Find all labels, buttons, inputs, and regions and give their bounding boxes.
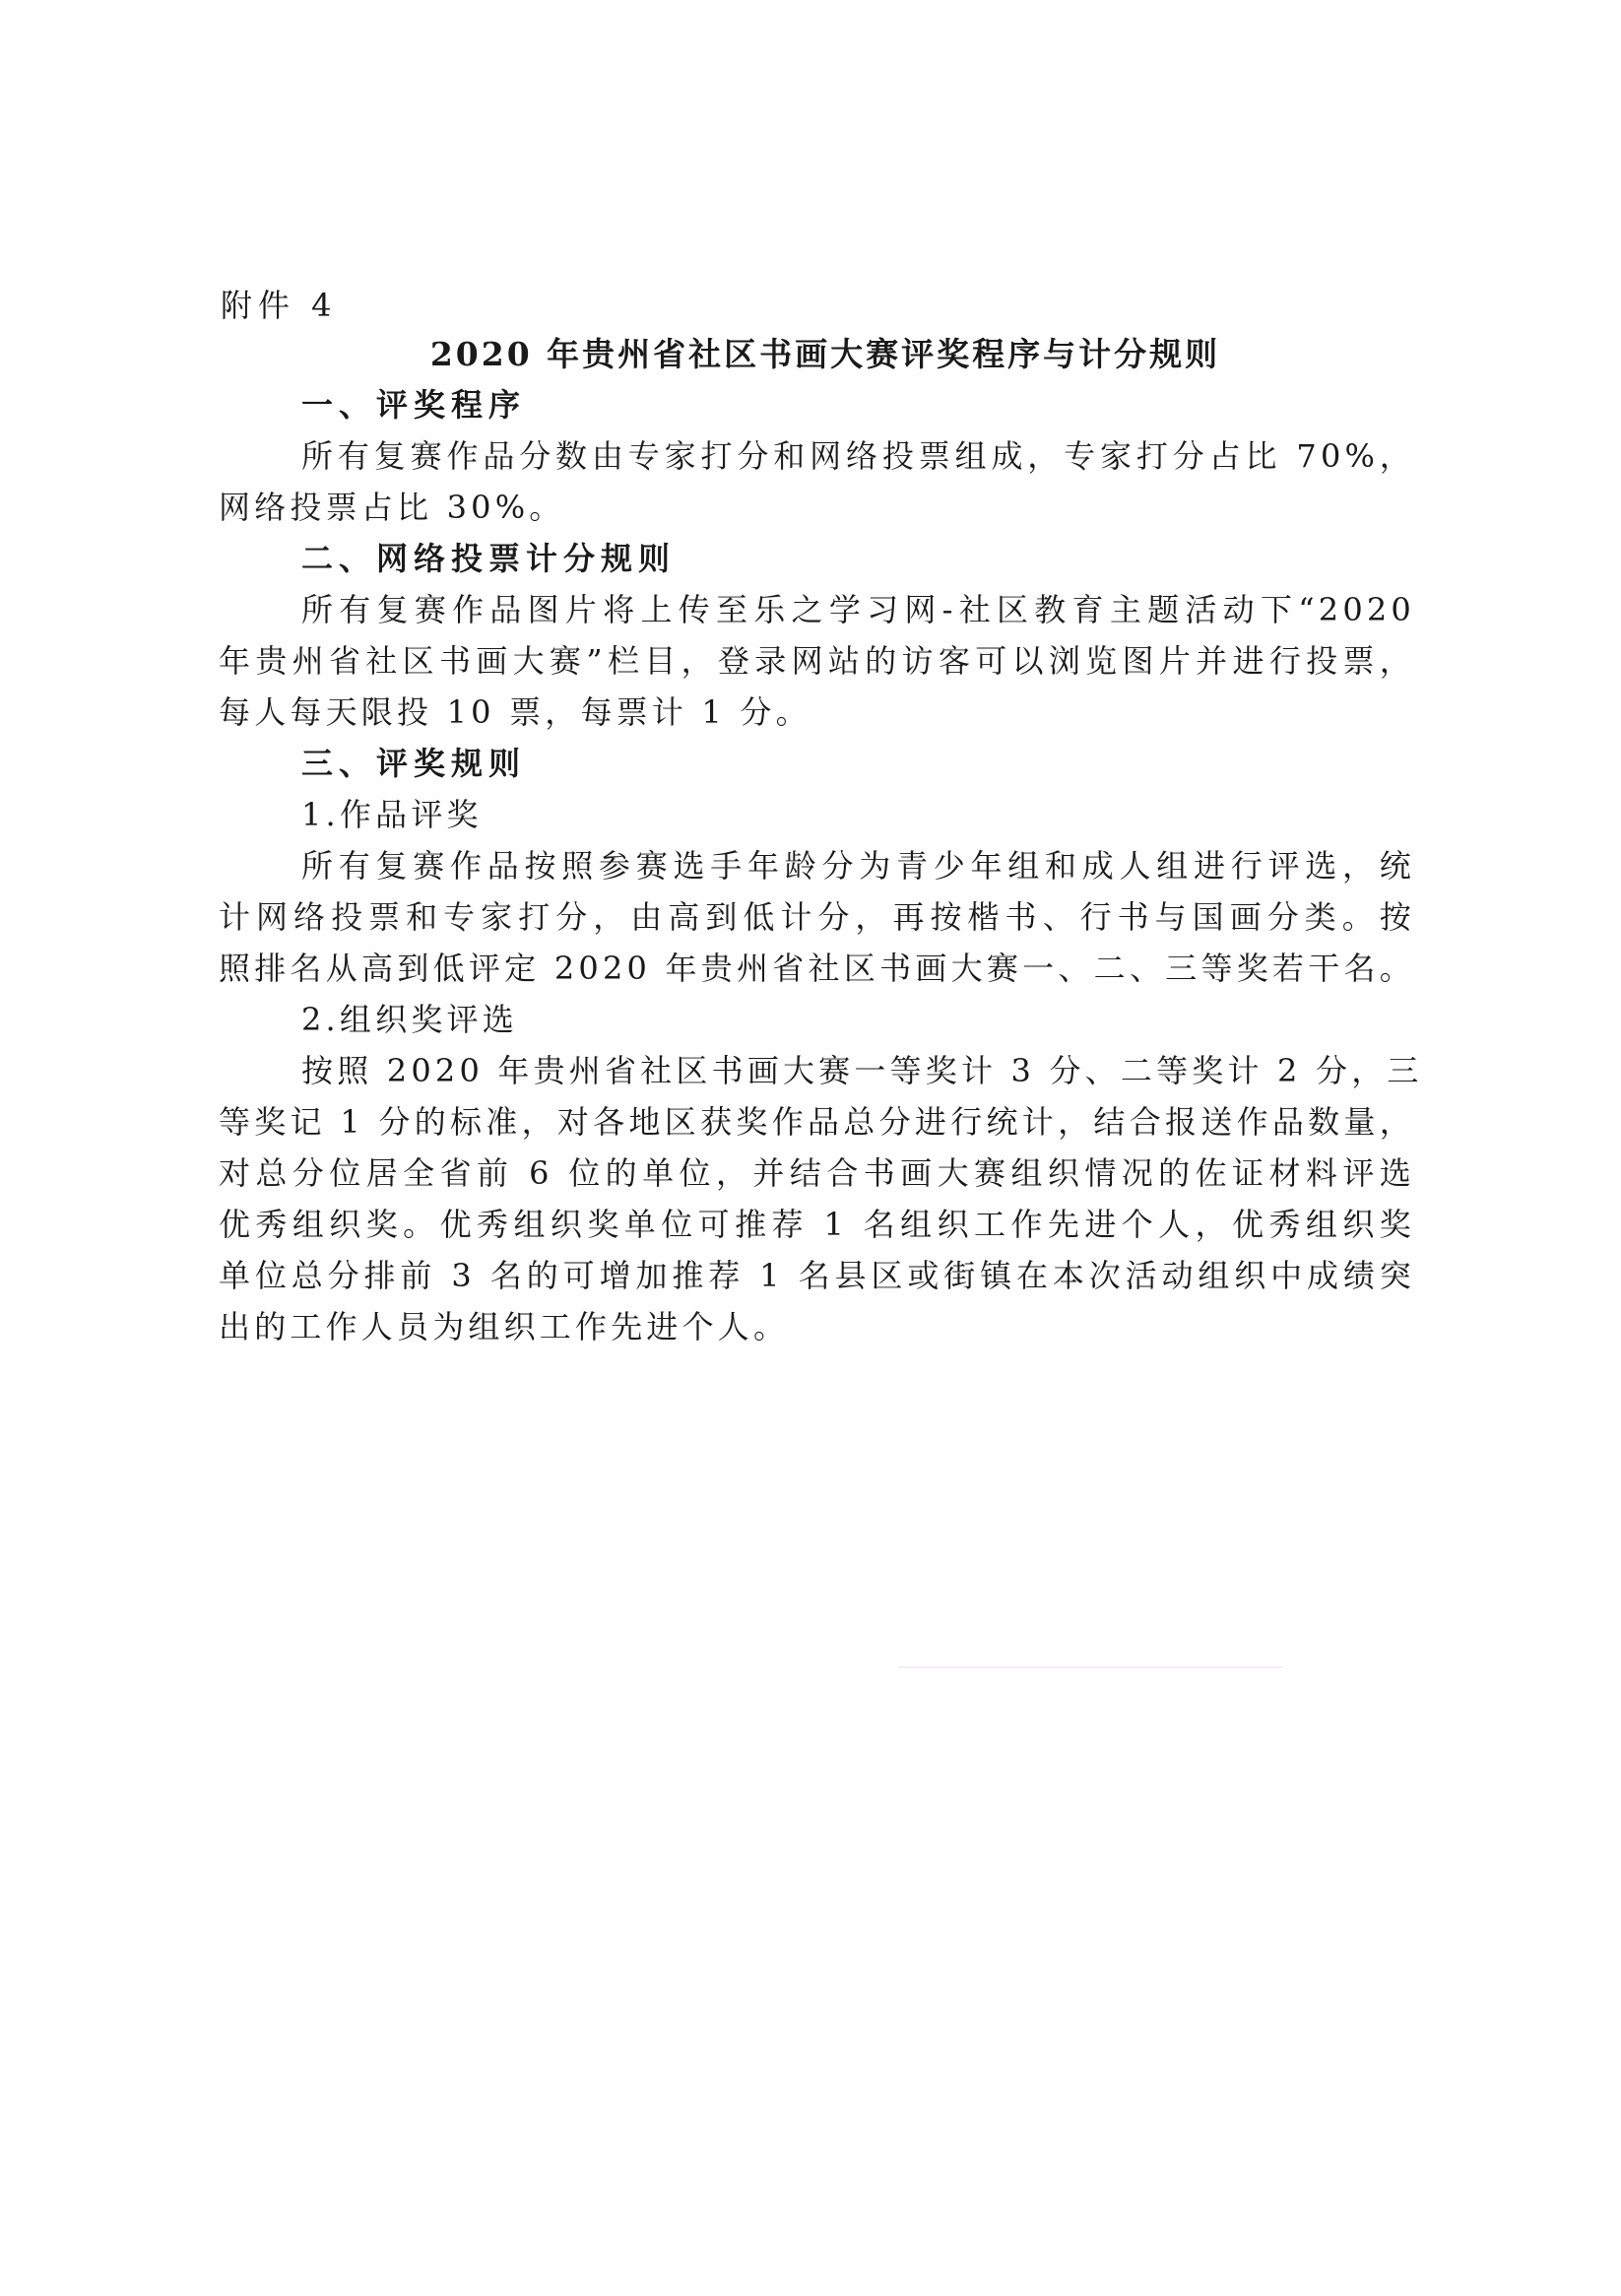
- paragraph-line: 所有复赛作品按照参赛选手年龄分为青少年组和成人组进行评选，统: [301, 846, 1415, 886]
- section-heading-1: 一、评奖程序: [301, 385, 1498, 425]
- paragraph-line: 按照 2020 年贵州省社区书画大赛一等奖计 3 分、二等奖计 2 分，三: [301, 1051, 1415, 1090]
- document-title: 2020 年贵州省社区书画大赛评奖程序与计分规则: [0, 335, 1621, 374]
- paragraph-line: 照排名从高到低评定 2020 年贵州省社区书画大赛一、二、三等奖若干名。: [219, 949, 1415, 988]
- paragraph-line: 优秀组织奖。优秀组织奖单位可推荐 1 名组织工作先进个人，优秀组织奖: [219, 1205, 1415, 1244]
- scan-artifact-line: [898, 1667, 1282, 1668]
- paragraph-line: 年贵州省社区书画大赛”栏目，登录网站的访客可以浏览图片并进行投票，: [219, 641, 1415, 681]
- paragraph-line: 网络投票占比 30%。: [219, 488, 1415, 527]
- document-page: 附件 4 2020 年贵州省社区书画大赛评奖程序与计分规则 一、评奖程序 所有复…: [0, 0, 1621, 2296]
- paragraph-line: 出的工作人员为组织工作先进个人。: [219, 1307, 1415, 1346]
- paragraph-line: 每人每天限投 10 票，每票计 1 分。: [219, 692, 1415, 732]
- section-heading-2: 二、网络投票计分规则: [301, 539, 1498, 578]
- paragraph-line: 等奖记 1 分的标准，对各地区获奖作品总分进行统计，结合报送作品数量，: [219, 1102, 1415, 1142]
- section-heading-3: 三、评奖规则: [301, 744, 1498, 783]
- paragraph-line: 单位总分排前 3 名的可增加推荐 1 名县区或街镇在本次活动组织中成绩突: [219, 1256, 1415, 1295]
- paragraph-text: 所有复赛作品分数由专家打分和网络投票组成，专家打分占比 70%，: [301, 436, 1415, 476]
- paragraph-line: 所有复赛作品分数由专家打分和网络投票组成，专家打分占比 70%，: [301, 436, 1415, 476]
- subsection-heading-2: 2.组织奖评选: [301, 1000, 1498, 1039]
- paragraph-line: 所有复赛作品图片将上传至乐之学习网-社区教育主题活动下“2020: [301, 590, 1415, 629]
- paragraph-line: 计网络投票和专家打分，由高到低计分，再按楷书、行书与国画分类。按: [219, 897, 1415, 937]
- attachment-label: 附件 4: [221, 286, 1417, 325]
- paragraph-line: 对总分位居全省前 6 位的单位，并结合书画大赛组织情况的佐证材料评选: [219, 1153, 1415, 1193]
- subsection-heading-1: 1.作品评奖: [301, 795, 1498, 834]
